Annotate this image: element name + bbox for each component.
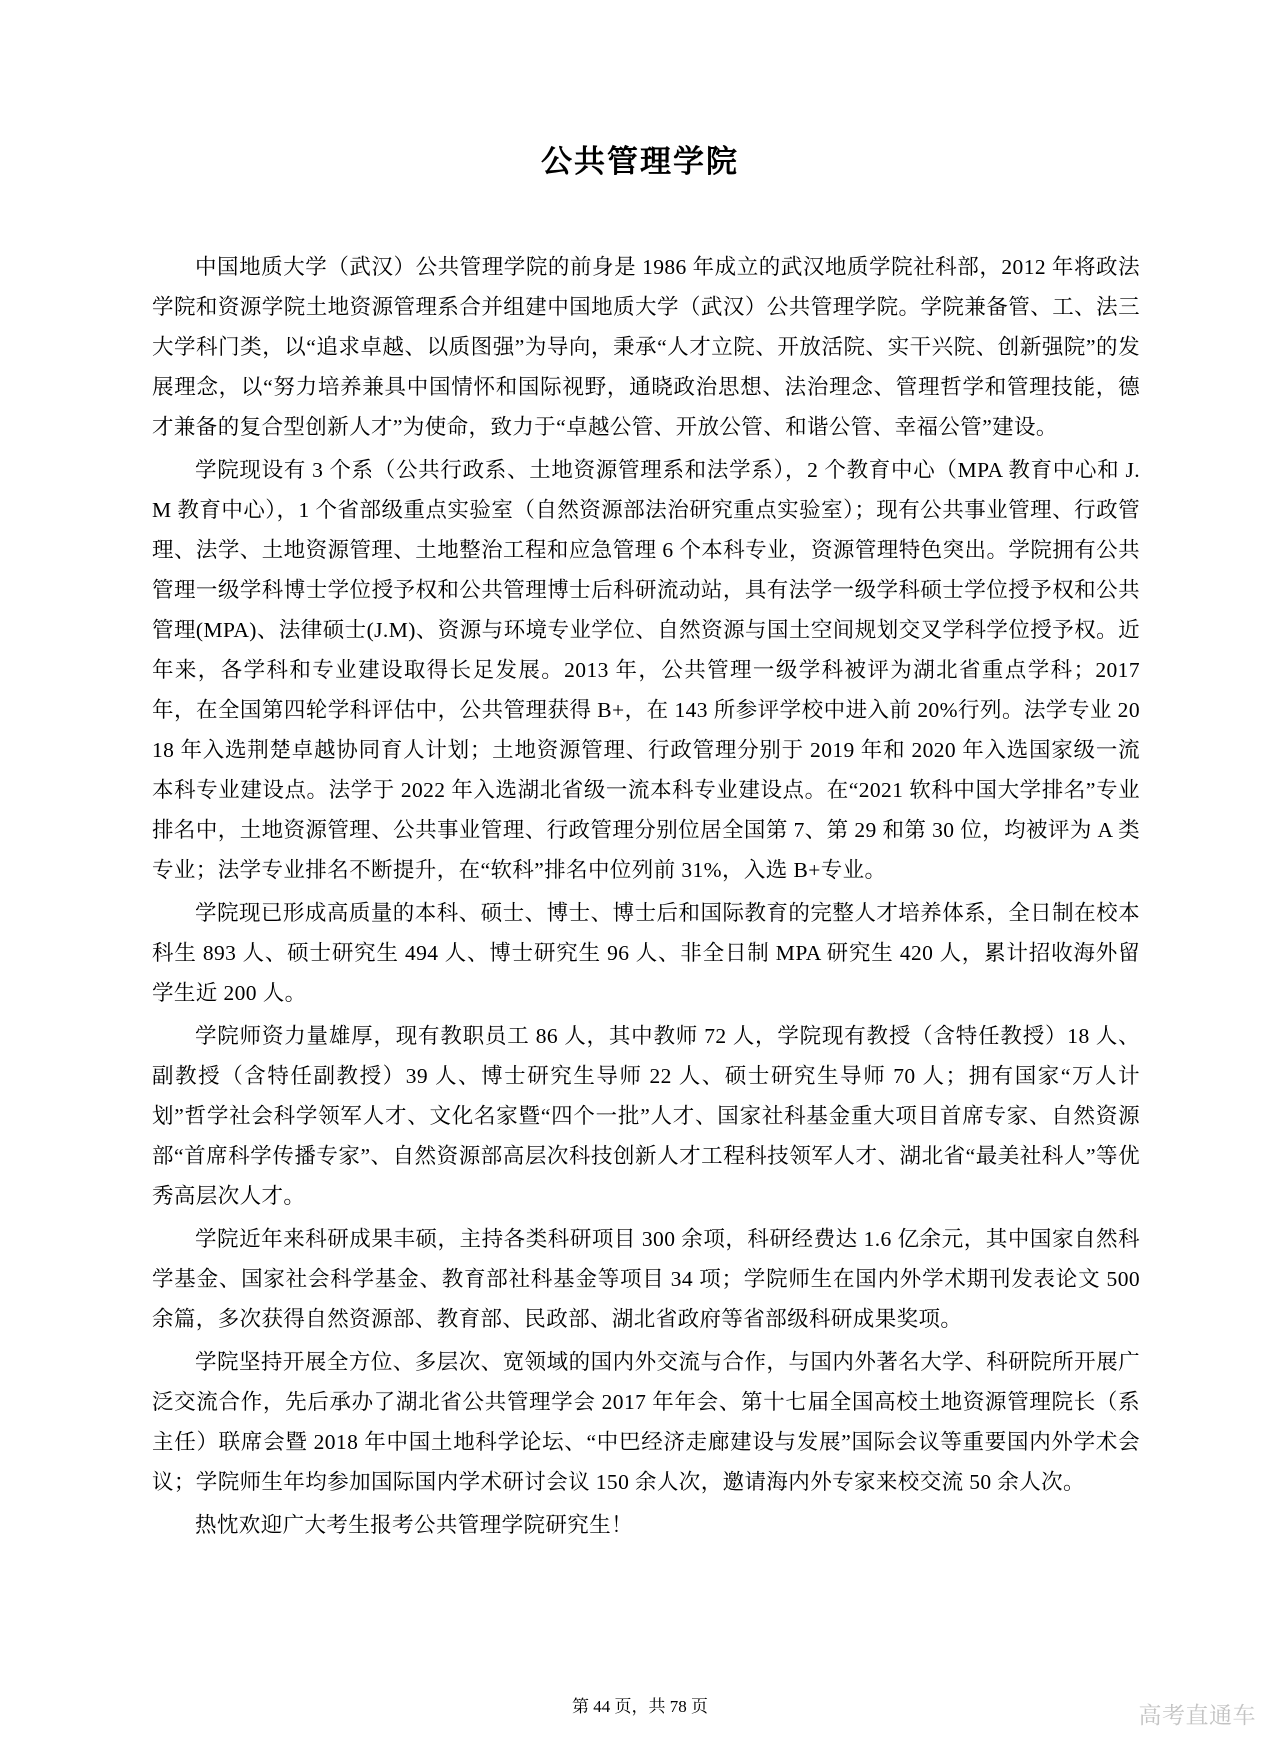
page-footer: 第 44 页，共 78 页	[0, 1692, 1280, 1717]
page-title: 公共管理学院	[0, 0, 1280, 181]
page-number: 第 44 页，共 78 页	[572, 1697, 708, 1716]
paragraph-welcome: 热忱欢迎广大考生报考公共管理学院研究生！	[152, 1505, 1140, 1545]
document-page: 公共管理学院 中国地质大学（武汉）公共管理学院的前身是 1986 年成立的武汉地…	[0, 0, 1280, 1749]
paragraph-intro: 中国地质大学（武汉）公共管理学院的前身是 1986 年成立的武汉地质学院社科部，…	[152, 247, 1140, 447]
document-body: 中国地质大学（武汉）公共管理学院的前身是 1986 年成立的武汉地质学院社科部，…	[152, 247, 1140, 1545]
watermark: 高考直通车	[1139, 1697, 1257, 1730]
paragraph-research: 学院近年来科研成果丰硕，主持各类科研项目 300 余项，科研经费达 1.6 亿余…	[152, 1219, 1140, 1339]
paragraph-students: 学院现已形成高质量的本科、硕士、博士、博士后和国际教育的完整人才培养体系，全日制…	[152, 893, 1140, 1013]
paragraph-departments-disciplines: 学院现设有 3 个系（公共行政系、土地资源管理系和法学系），2 个教育中心（MP…	[152, 450, 1140, 890]
paragraph-cooperation: 学院坚持开展全方位、多层次、宽领域的国内外交流与合作，与国内外著名大学、科研院所…	[152, 1342, 1140, 1502]
paragraph-faculty: 学院师资力量雄厚，现有教职员工 86 人，其中教师 72 人，学院现有教授（含特…	[152, 1016, 1140, 1216]
